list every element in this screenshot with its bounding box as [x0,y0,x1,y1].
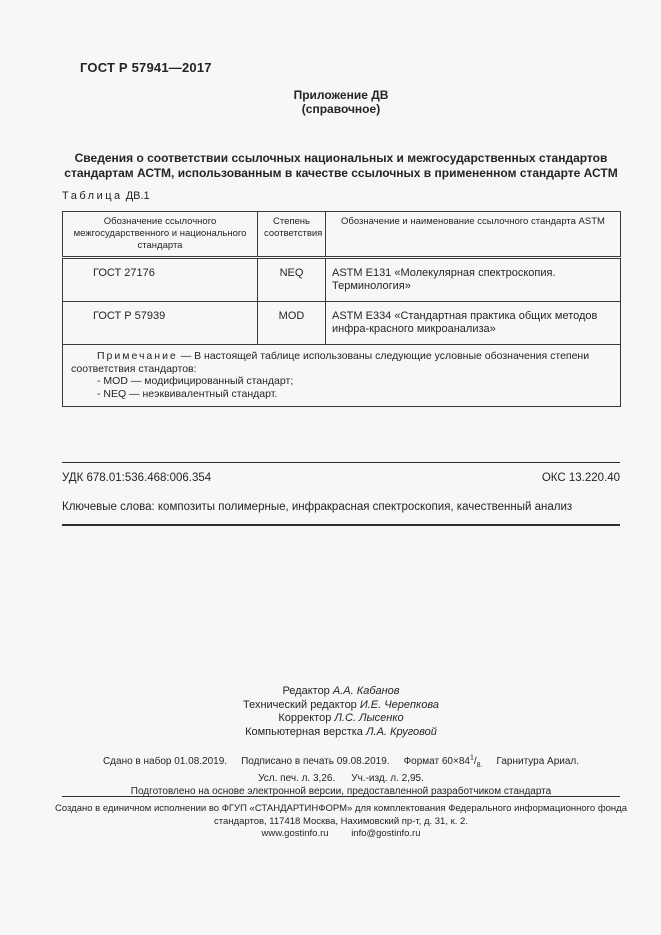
udk-code: УДК 678.01:536.468:006.354 [62,472,211,484]
column-header-astm: Обозначение и наименование ссылочного ст… [326,212,621,258]
imprint-format: Формат 60×841/8. [404,756,483,767]
editor-line: Корректор Л.С. Лысенко [62,712,620,726]
oks-code: ОКС 13.220.40 [542,472,620,484]
editor-role: Компьютерная верстка [245,726,363,738]
imprint-usl: Усл. печ. л. 3,26. [258,773,335,784]
editors-block: Редактор А.А. Кабанов Технический редакт… [62,685,620,739]
divider-above-udk [62,462,620,463]
correspondence-table: Обозначение ссылочного межгосударственно… [62,211,621,407]
editor-name: Л.А. Круговой [366,726,437,738]
imprint-format-denominator: 8. [477,762,483,769]
note-label: Примечание [97,350,178,362]
table-note: Примечание — В настоящей таблице использ… [63,345,621,407]
editor-line: Редактор А.А. Кабанов [62,685,620,699]
document-page: ГОСТ Р 57941—2017 Приложение ДВ (справоч… [0,0,661,935]
imprint-set-date: Сдано в набор 01.08.2019. [103,756,227,767]
imprint-uch: Уч.-изд. л. 2,95. [351,773,424,784]
editor-name: А.А. Кабанов [333,685,400,697]
cell-standard: ГОСТ 27176 [63,258,258,302]
divider-footer [62,796,620,797]
appendix-heading: Приложение ДВ (справочное) [62,88,620,116]
classification-codes: УДК 678.01:536.468:006.354 ОКС 13.220.40 [62,472,620,484]
table-label: Таблица ДВ.1 [62,190,150,202]
editor-name: И.Е. Черепкова [360,699,439,711]
column-header-standard: Обозначение ссылочного межгосударственно… [63,212,258,258]
footer-created-text: Создано в единичном исполнении во ФГУП «… [42,803,640,828]
footer-links: www.gostinfo.ru info@gostinfo.ru [42,828,640,841]
table-label-number: ДВ.1 [126,190,150,202]
imprint-print-date: Подписано в печать 09.08.2019. [241,756,389,767]
cell-astm: ASTM E334 «Стандартная практика общих ме… [326,302,621,345]
table-row: ГОСТ Р 57939 MOD ASTM E334 «Стандартная … [63,302,621,345]
appendix-type: (справочное) [62,102,620,116]
note-intro: Примечание — В настоящей таблице использ… [71,350,612,375]
cell-degree: MOD [258,302,326,345]
section-title: Сведения о соответствии ссылочных национ… [62,151,620,181]
appendix-label: Приложение ДВ [62,88,620,102]
editor-name: Л.С. Лысенко [334,712,403,724]
imprint-block: Сдано в набор 01.08.2019.Подписано в печ… [62,752,620,798]
cell-standard: ГОСТ Р 57939 [63,302,258,345]
editor-role: Редактор [282,685,329,697]
table-row: ГОСТ 27176 NEQ ASTM E131 «Молекулярная с… [63,258,621,302]
note-item: - MOD — модифицированный стандарт; [71,375,612,388]
imprint-format-base: Формат 60×84 [404,756,470,767]
editor-role: Технический редактор [243,699,357,711]
table-header-row: Обозначение ссылочного межгосударственно… [63,212,621,258]
table-label-word: Таблица [62,190,123,202]
editor-role: Корректор [278,712,331,724]
imprint-typeface: Гарнитура Ариал. [496,756,579,767]
imprint-line1: Сдано в набор 01.08.2019.Подписано в печ… [62,752,620,772]
cell-degree: NEQ [258,258,326,302]
doc-number: ГОСТ Р 57941—2017 [80,60,212,75]
table-note-row: Примечание — В настоящей таблице использ… [63,345,621,407]
editor-line: Технический редактор И.Е. Черепкова [62,699,620,713]
column-header-degree: Степень соответствия [258,212,326,258]
cell-astm: ASTM E131 «Молекулярная спектроскопия. Т… [326,258,621,302]
editor-line: Компьютерная верстка Л.А. Круговой [62,726,620,740]
publisher-footer: Создано в единичном исполнении во ФГУП «… [42,803,640,841]
note-item: - NEQ — неэквивалентный стандарт. [71,388,612,401]
footer-email: info@gostinfo.ru [351,828,420,839]
divider-thick [62,524,620,526]
footer-website: www.gostinfo.ru [261,828,328,839]
imprint-line2: Усл. печ. л. 3,26.Уч.-изд. л. 2,95. [62,772,620,785]
keywords-line: Ключевые слова: композиты полимерные, ин… [62,501,620,513]
